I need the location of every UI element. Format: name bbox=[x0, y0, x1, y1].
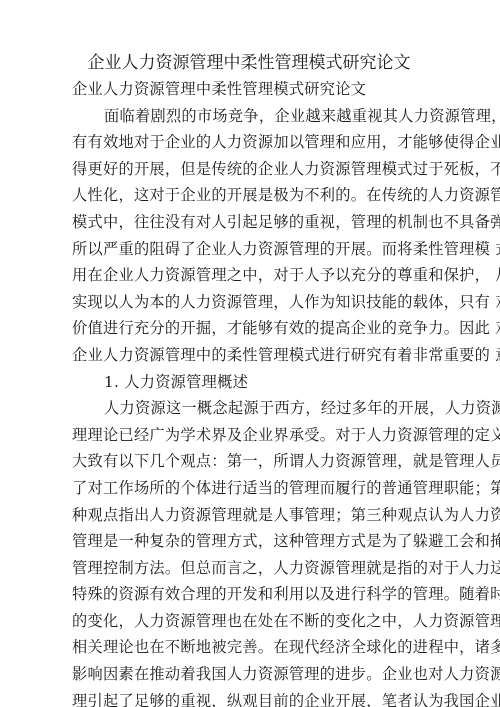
paragraph-line: 的变化，人力资源管理也在处在不断的变化之中，人力资源管理的 bbox=[72, 608, 426, 635]
paragraph-line: 了对工作场所的个体进行适当的管理而履行的普通管理职能；第二 bbox=[72, 475, 426, 502]
intro-paragraph: 面临着剧烈的市场竞争，企业越来越重视其人力资源管理，只 有有效地对于企业的人力资… bbox=[72, 103, 426, 369]
paragraph-line: 理理论已经广为学术界及企业界承受。对于人力资源管理的定义， bbox=[72, 422, 426, 449]
paragraph-line: 得更好的开展，但是传统的企业人力资源管理模式过于死板，不够 bbox=[72, 156, 426, 183]
paragraph-line: 所以严重的阻碍了企业人力资源管理的开展。而将柔性管理模 式应 bbox=[72, 236, 426, 263]
overview-paragraph: 人力资源这一概念起源于西方，经过多年的开展，人力资源管 理理论已经广为学术界及企… bbox=[72, 395, 426, 707]
paragraph-line: 大致有以下几个观点：第一，所谓人力资源管理，就是管理人员为 bbox=[72, 448, 426, 475]
paragraph-line: 企业人力资源管理中的柔性管理模式进行研究有着非常重要的 意义。 bbox=[72, 342, 426, 369]
paragraph-line: 理引起了足够的重视，纵观目前的企业开展，笔者认为我国企业人 bbox=[72, 688, 426, 707]
document-page: 企业人力资源管理中柔性管理模式研究论文 企业人力资源管理中柔性管理模式研究论文 … bbox=[72, 50, 426, 707]
paragraph-line: 管理是一种复杂的管理方式，这种管理方式是为了躲避工会和掩饰 bbox=[72, 528, 426, 555]
paragraph-line: 特殊的资源有效合理的开发和利用以及进行科学的管理。随着时代 bbox=[72, 581, 426, 608]
paragraph-line: 模式中，往往没有对人引起足够的重视，管理的机制也不具备弹 性， bbox=[72, 209, 426, 236]
document-subtitle: 企业人力资源管理中柔性管理模式研究论文 bbox=[72, 76, 426, 103]
paragraph-line: 用在企业人力资源管理之中，对于人予以充分的尊重和保护， 从而 bbox=[72, 262, 426, 289]
paragraph-line: 管理控制方法。但总而言之，人力资源管理就是指的对于人力这个 bbox=[72, 555, 426, 582]
section-heading: 1. 人力资源管理概述 bbox=[72, 369, 426, 396]
paragraph-line: 有有效地对于企业的人力资源加以管理和应用，才能够使得企业取 bbox=[72, 129, 426, 156]
paragraph-line: 人性化，这对于企业的开展是极为不利的。在传统的人力资源管理 bbox=[72, 182, 426, 209]
paragraph-line: 价值进行充分的开掘，才能够有效的提高企业的竞争力。因此 对于 bbox=[72, 315, 426, 342]
paragraph-line: 种观点指出人力资源管理就是人事管理；第三种观点认为人力资源 bbox=[72, 502, 426, 529]
paragraph-line: 面临着剧烈的市场竞争，企业越来越重视其人力资源管理，只 bbox=[72, 103, 426, 130]
paragraph-line: 影响因素在推动着我国人力资源管理的进步。企业也对人力资源管 bbox=[72, 661, 426, 688]
document-title: 企业人力资源管理中柔性管理模式研究论文 bbox=[52, 50, 446, 76]
paragraph-line: 实现以人为本的人力资源管理，人作为知识技能的载体，只有 对其 bbox=[72, 289, 426, 316]
paragraph-line: 相关理论也在不断地被完善。在现代经济全球化的进程中，诸多的 bbox=[72, 634, 426, 661]
paragraph-line: 人力资源这一概念起源于西方，经过多年的开展，人力资源管 bbox=[72, 395, 426, 422]
